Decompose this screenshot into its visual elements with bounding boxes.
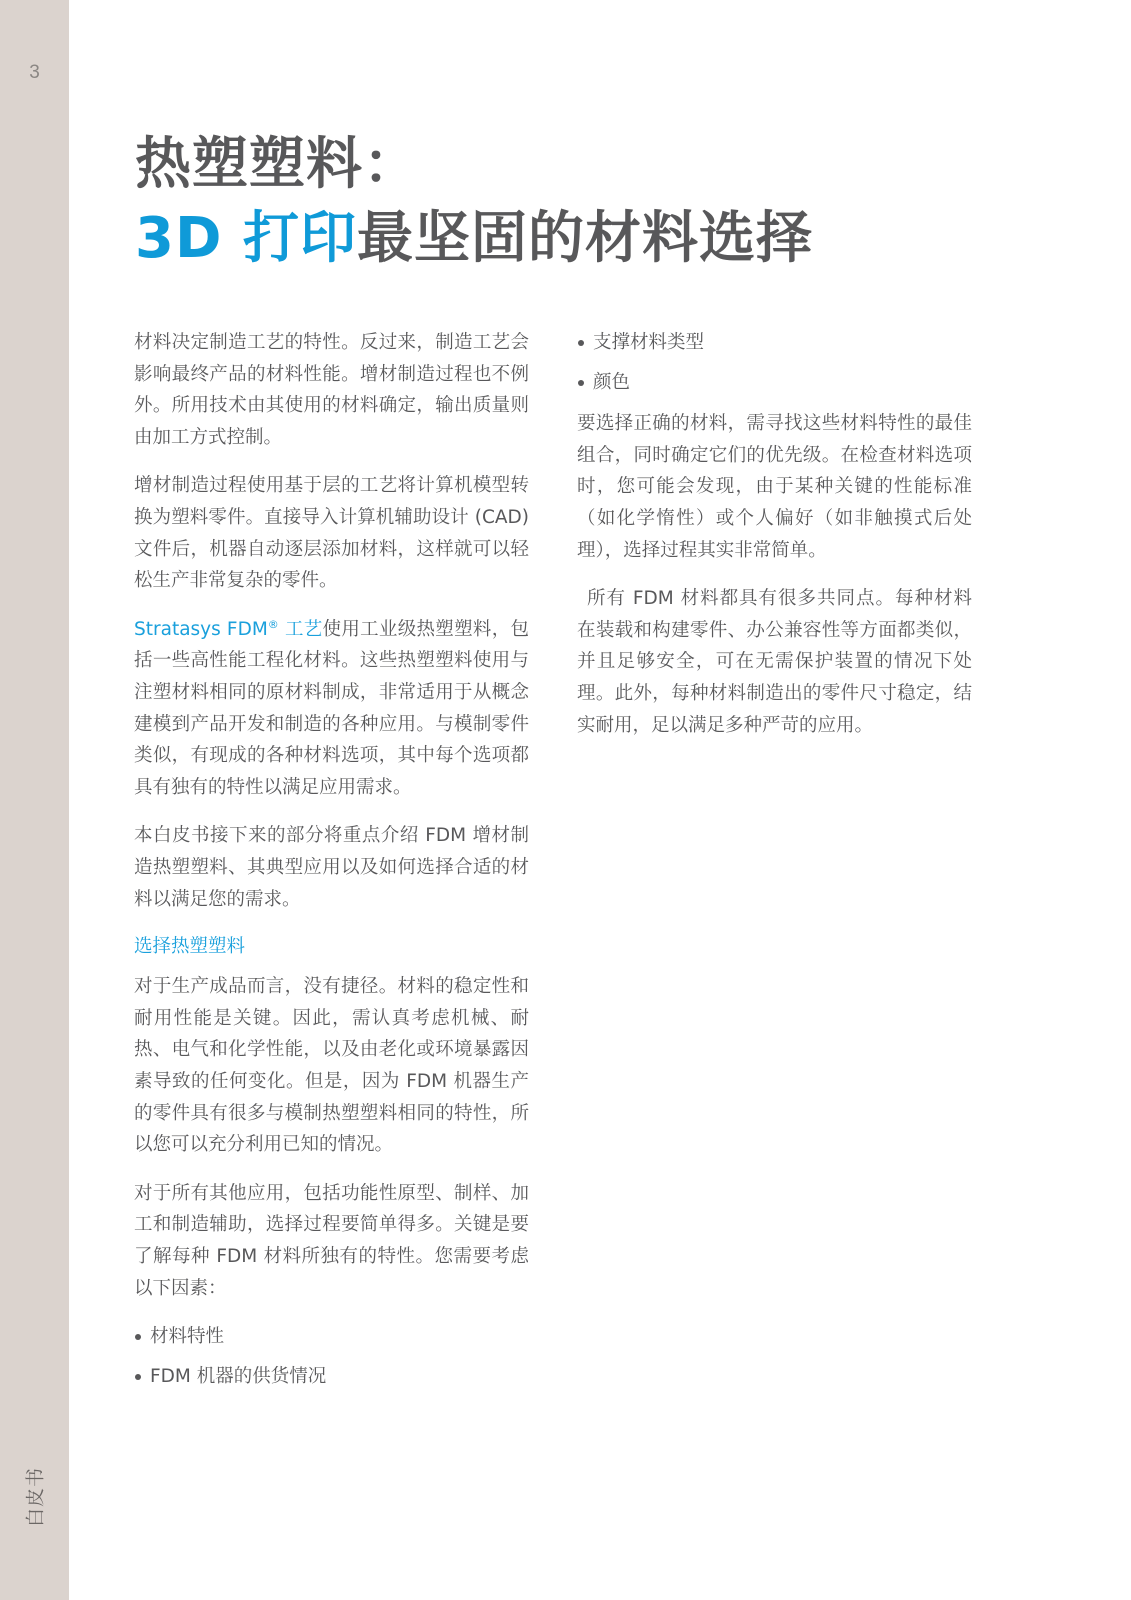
stratasys-fdm-link[interactable]: Stratasys FDM® 工艺 xyxy=(134,619,323,640)
list-item: 颜色 xyxy=(577,367,972,399)
title-line-2: 最坚固的材料选择 xyxy=(357,206,813,271)
factor-list: 材料特性 FDM 机器的供货情况 xyxy=(134,1321,529,1393)
factor-list-continued: 支撑材料类型 颜色 xyxy=(577,327,972,399)
title-accent: 3D 打印 xyxy=(135,206,357,271)
left-column: 材料决定制造工艺的特性。反过来，制造工艺会影响最终产品的材料性能。增材制造过程也… xyxy=(134,327,529,1402)
paragraph-choose-material: 要选择正确的材料，需寻找这些材料特性的最佳组合，同时确定它们的优先级。在检查材料… xyxy=(577,408,972,567)
paragraph-common-traits: 所有 FDM 材料都具有很多共同点。每种材料在装载和构建零件、办公兼容性等方面都… xyxy=(577,583,972,742)
page-number: 3 xyxy=(0,62,69,84)
paragraph-additive-process: 增材制造过程使用基于层的工艺将计算机模型转换为塑料零件。直接导入计算机辅助设计 … xyxy=(134,470,529,597)
page-title: 热塑塑料： 3D 打印最坚固的材料选择 xyxy=(135,128,813,276)
list-item: 支撑材料类型 xyxy=(577,327,972,359)
paragraph-other-applications: 对于所有其他应用，包括功能性原型、制样、加工和制造辅助，选择过程要简单得多。关键… xyxy=(134,1178,529,1305)
list-item: 材料特性 xyxy=(134,1321,529,1353)
paragraph-stratasys-fdm: Stratasys FDM® 工艺使用工业级热塑塑料，包括一些高性能工程化材料。… xyxy=(134,614,529,804)
paragraph-text: 使用工业级热塑塑料，包括一些高性能工程化材料。这些热塑塑料使用与注塑材料相同的原… xyxy=(134,619,529,799)
paragraph-intro: 材料决定制造工艺的特性。反过来，制造工艺会影响最终产品的材料性能。增材制造过程也… xyxy=(134,327,529,454)
right-column: 支撑材料类型 颜色 要选择正确的材料，需寻找这些材料特性的最佳组合，同时确定它们… xyxy=(577,327,972,758)
title-line-1: 热塑塑料： xyxy=(135,132,420,197)
paragraph-production: 对于生产成品而言，没有捷径。材料的稳定性和耐用性能是关键。因此，需认真考虑机械、… xyxy=(134,971,529,1161)
link-suffix: 工艺 xyxy=(279,619,323,640)
section-heading-choose-thermoplastics: 选择热塑塑料 xyxy=(134,932,529,962)
paragraph-whitepaper-overview: 本白皮书接下来的部分将重点介绍 FDM 增材制造热塑塑料、其典型应用以及如何选择… xyxy=(134,820,529,915)
link-text: Stratasys FDM xyxy=(134,619,268,640)
sidebar-band: 3 白皮书 xyxy=(0,0,69,1600)
list-item: FDM 机器的供货情况 xyxy=(134,1361,529,1393)
document-type-label: 白皮书 xyxy=(21,1467,48,1527)
registered-mark: ® xyxy=(268,618,279,631)
